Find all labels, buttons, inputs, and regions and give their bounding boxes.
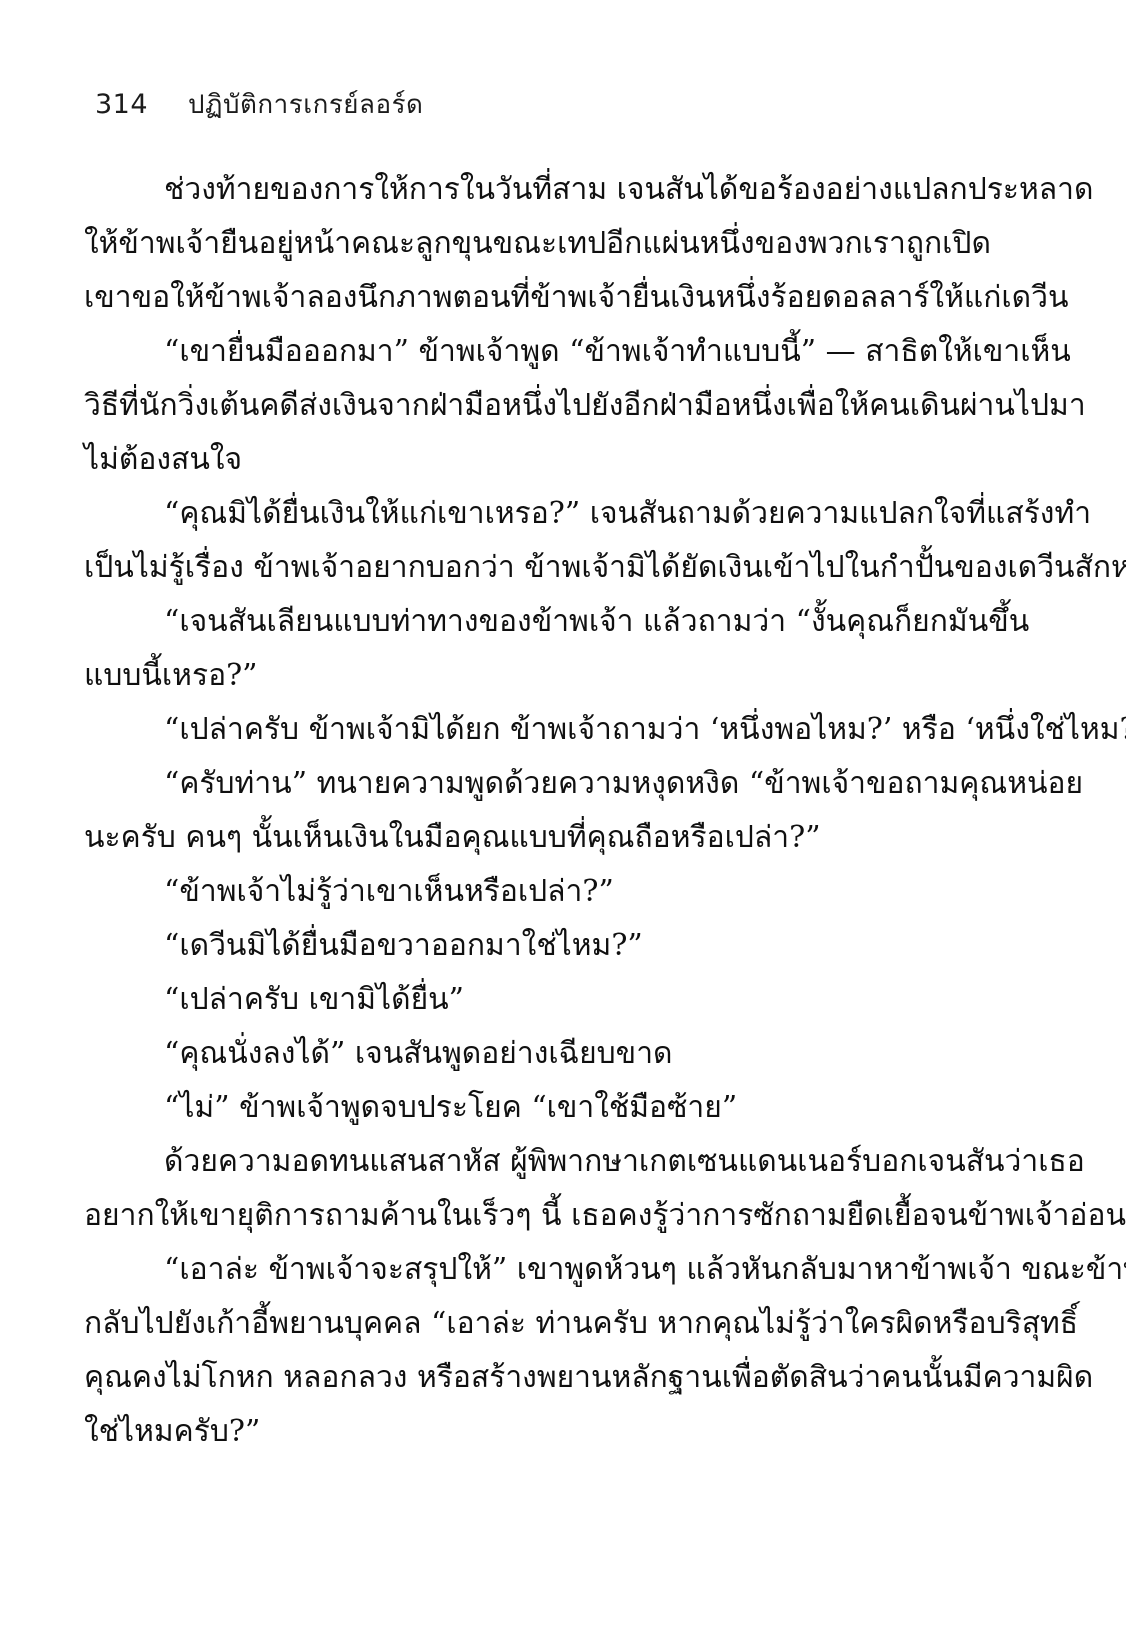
text-line: “เปล่าครับ เขามิได้ยื่น” — [84, 973, 1014, 1027]
text-line: “เขายื่นมือออกมา” ข้าพเจ้าพูด “ข้าพเจ้าท… — [84, 325, 1014, 379]
text-line: “ครับท่าน” ทนายความพูดด้วยความหงุดหงิด “… — [84, 757, 1014, 811]
page-number: 314 — [95, 89, 148, 120]
paragraph: “ครับท่าน” ทนายความพูดด้วยความหงุดหงิด “… — [84, 757, 1014, 865]
text-line: ให้ข้าพเจ้ายืนอยู่หน้าคณะลูกขุนขณะเทปอีก… — [84, 217, 1014, 271]
paragraph: “เขายื่นมือออกมา” ข้าพเจ้าพูด “ข้าพเจ้าท… — [84, 325, 1014, 487]
paragraph: “คุณมิได้ยื่นเงินให้แก่เขาเหรอ?” เจนสันถ… — [84, 487, 1014, 595]
body-text: ช่วงท้ายของการให้การในวันที่สาม เจนสันได… — [84, 163, 1014, 1459]
text-line: ช่วงท้ายของการให้การในวันที่สาม เจนสันได… — [84, 163, 1014, 217]
paragraph: ด้วยความอดทนแสนสาหัส ผู้พิพากษาเกตเซนแดน… — [84, 1135, 1014, 1243]
text-line: ไม่ต้องสนใจ — [84, 433, 1014, 487]
text-line: “เจนสันเลียนแบบท่าทางของข้าพเจ้า แล้วถาม… — [84, 595, 1014, 649]
paragraph: “เปล่าครับ เขามิได้ยื่น” — [84, 973, 1014, 1027]
book-page: 314 ปฏิบัติการเกรย์ลอร์ด ช่วงท้ายของการใ… — [0, 0, 1126, 1638]
text-line: “เอาล่ะ ข้าพเจ้าจะสรุปให้” เขาพูดห้วนๆ แ… — [84, 1243, 1014, 1297]
running-head-title: ปฏิบัติการเกรย์ลอร์ด — [188, 84, 423, 125]
text-line: “คุณนั่งลงได้” เจนสันพูดอย่างเฉียบขาด — [84, 1027, 1014, 1081]
text-line: เป็นไม่รู้เรื่อง ข้าพเจ้าอยากบอกว่า ข้าพ… — [84, 541, 1014, 595]
text-line: “เปล่าครับ ข้าพเจ้ามิได้ยก ข้าพเจ้าถามว่… — [84, 703, 1014, 757]
text-line: ใช่ไหมครับ?” — [84, 1405, 1014, 1459]
text-line: เขาขอให้ข้าพเจ้าลองนึกภาพตอนที่ข้าพเจ้าย… — [84, 271, 1014, 325]
text-line: “ข้าพเจ้าไม่รู้ว่าเขาเห็นหรือเปล่า?” — [84, 865, 1014, 919]
text-line: นะครับ คนๆ นั้นเห็นเงินในมือคุณแบบที่คุณ… — [84, 811, 1014, 865]
text-line: “ไม่” ข้าพเจ้าพูดจบประโยค “เขาใช้มือซ้าย… — [84, 1081, 1014, 1135]
paragraph: “เปล่าครับ ข้าพเจ้ามิได้ยก ข้าพเจ้าถามว่… — [84, 703, 1014, 757]
text-line: อยากให้เขายุติการถามค้านในเร็วๆ นี้ เธอค… — [84, 1189, 1014, 1243]
text-line: “คุณมิได้ยื่นเงินให้แก่เขาเหรอ?” เจนสันถ… — [84, 487, 1014, 541]
text-line: ด้วยความอดทนแสนสาหัส ผู้พิพากษาเกตเซนแดน… — [84, 1135, 1014, 1189]
text-line: กลับไปยังเก้าอี้พยานบุคคล “เอาล่ะ ท่านคร… — [84, 1297, 1014, 1351]
paragraph: “ไม่” ข้าพเจ้าพูดจบประโยค “เขาใช้มือซ้าย… — [84, 1081, 1014, 1135]
text-line: แบบนี้เหรอ?” — [84, 649, 1014, 703]
running-header: 314 ปฏิบัติการเกรย์ลอร์ด — [95, 84, 423, 125]
text-line: วิธีที่นักวิ่งเต้นคดีส่งเงินจากฝ่ามือหนึ… — [84, 379, 1014, 433]
text-line: “เดวีนมิได้ยื่นมือขวาออกมาใช่ไหม?” — [84, 919, 1014, 973]
text-line: คุณคงไม่โกหก หลอกลวง หรือสร้างพยานหลักฐา… — [84, 1351, 1014, 1405]
paragraph: “คุณนั่งลงได้” เจนสันพูดอย่างเฉียบขาด — [84, 1027, 1014, 1081]
paragraph: “เดวีนมิได้ยื่นมือขวาออกมาใช่ไหม?” — [84, 919, 1014, 973]
paragraph: “ข้าพเจ้าไม่รู้ว่าเขาเห็นหรือเปล่า?” — [84, 865, 1014, 919]
paragraph: “เจนสันเลียนแบบท่าทางของข้าพเจ้า แล้วถาม… — [84, 595, 1014, 703]
paragraph: ช่วงท้ายของการให้การในวันที่สาม เจนสันได… — [84, 163, 1014, 325]
paragraph: “เอาล่ะ ข้าพเจ้าจะสรุปให้” เขาพูดห้วนๆ แ… — [84, 1243, 1014, 1459]
